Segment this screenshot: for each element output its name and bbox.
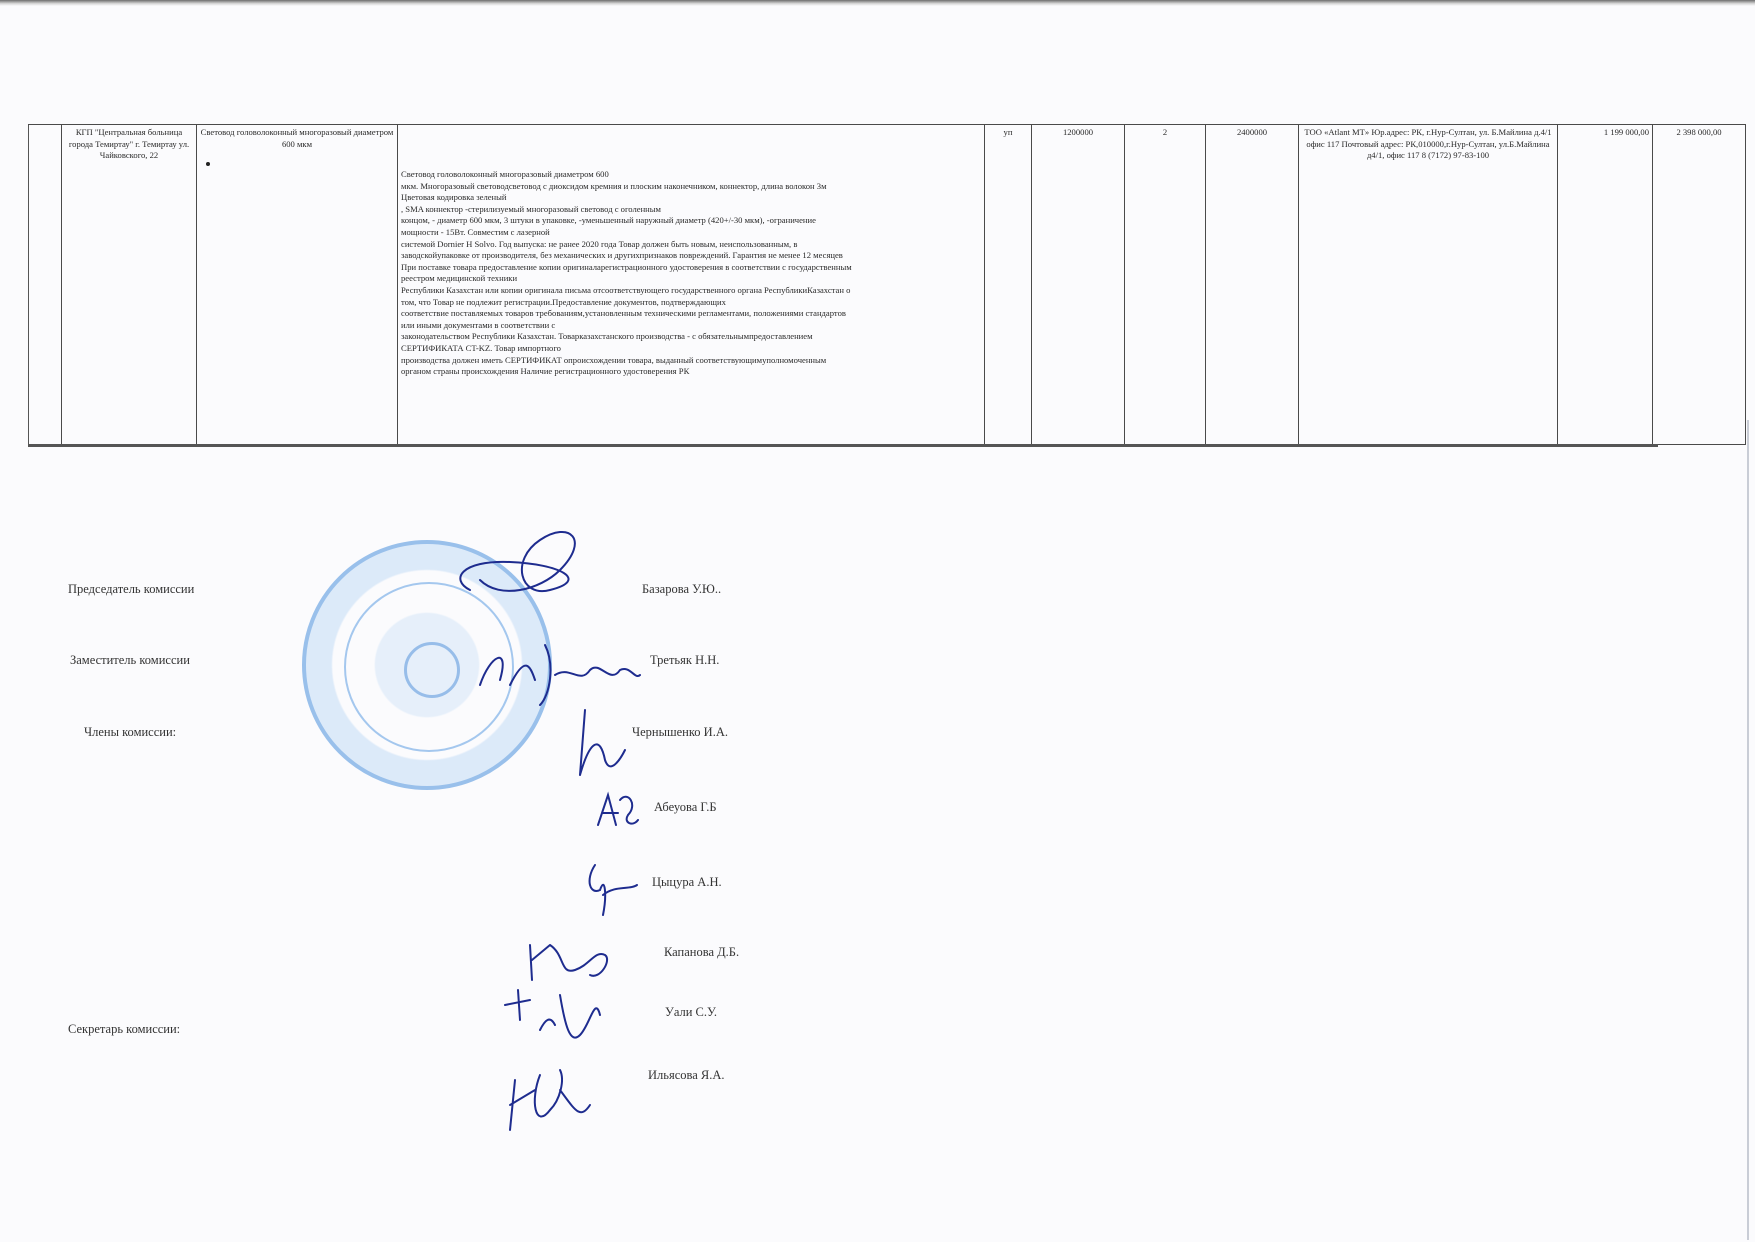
description-line: том, что Товар не подлежит регистрации.П… xyxy=(401,297,981,309)
member-name: Капанова Д.Б. xyxy=(664,945,739,960)
cell-index xyxy=(29,125,62,445)
description-line: Республики Казахстан или копии оригинала… xyxy=(401,285,981,297)
description-line: Световод головолоконный многоразовый диа… xyxy=(401,169,981,181)
cell-description: Световод головолоконный многоразовый диа… xyxy=(398,125,985,445)
table-bottom-rule xyxy=(28,444,1658,447)
chairman-name: Базарова У.Ю.. xyxy=(642,582,721,597)
table-row: КГП "Центральная больница города Темирта… xyxy=(29,125,1746,445)
member-name: Чернышенко И.А. xyxy=(632,725,728,740)
cell-quantity: 2 xyxy=(1125,125,1206,445)
scan-edge-right xyxy=(1747,420,1749,1240)
secretary-name: Ильясова Я.А. xyxy=(648,1068,725,1083)
signature-chairman xyxy=(440,520,640,620)
description-line: , SMA коннектор -стерилизуемый многоразо… xyxy=(401,204,981,216)
signature-member-3 xyxy=(575,855,645,925)
member-name: Абеуова Г.Б xyxy=(654,800,717,815)
description-line: При поставке товара предоставление копии… xyxy=(401,262,981,274)
protocol-table: КГП "Центральная больница города Темирта… xyxy=(28,124,1746,445)
secretary-label: Секретарь комиссии: xyxy=(68,1022,180,1037)
cell-sum: 2400000 xyxy=(1206,125,1299,445)
deputy-label: Заместитель комиссии xyxy=(70,653,190,668)
signature-member-2 xyxy=(588,785,648,840)
deputy-name: Третьяк Н.Н. xyxy=(650,653,719,668)
description-line: СЕРТИФИКАТА CT-KZ. Товар импортного xyxy=(401,343,981,355)
description-text: Световод головолоконный многоразовый диа… xyxy=(401,169,981,378)
members-label: Члены комиссии: xyxy=(84,725,176,740)
cell-item-name: Световод головолоконный многоразовый диа… xyxy=(197,125,398,445)
description-line: системой Dornier H Solvo. Год выпуска: н… xyxy=(401,239,981,251)
description-line: реестром медицинской техники xyxy=(401,273,981,285)
description-line: органом страны происхождения Наличие рег… xyxy=(401,366,981,378)
description-line: заводскойупаковке от производителя, без … xyxy=(401,250,981,262)
cell-price: 1200000 xyxy=(1032,125,1125,445)
signature-member-5 xyxy=(490,975,620,1055)
signature-member-1 xyxy=(570,700,630,790)
member-name: Уали С.У. xyxy=(665,1005,717,1020)
chairman-label: Председатель комиссии xyxy=(68,582,194,597)
item-name: Световод головолоконный многоразовый диа… xyxy=(200,127,394,150)
description-line: концом, - диаметр 600 мкм, 3 штуки в упа… xyxy=(401,215,981,227)
cell-customer: КГП "Центральная больница города Темирта… xyxy=(62,125,197,445)
signature-secretary xyxy=(500,1060,610,1140)
cell-supplier: ТОО «Atlant MT» Юр.адрес: РК, г.Нур-Султ… xyxy=(1299,125,1558,445)
cell-supplier-price: 1 199 000,00 xyxy=(1558,125,1653,445)
description-line: мкм. Многоразовый световодсветовод с дио… xyxy=(401,181,981,193)
stamp-emblem-icon xyxy=(404,642,460,698)
cell-supplier-sum: 2 398 000,00 xyxy=(1653,125,1746,445)
description-line: производства должен иметь СЕРТИФИКАТ опр… xyxy=(401,355,981,367)
bullet-mark xyxy=(206,162,210,166)
member-name: Цыцура А.Н. xyxy=(652,875,722,890)
description-line: законодательством Республики Казахстан. … xyxy=(401,331,981,343)
cell-unit: уп xyxy=(985,125,1032,445)
description-line: мощности - 15Вт. Совместим с лазерной xyxy=(401,227,981,239)
description-line: соответствие поставляемых товаров требов… xyxy=(401,308,981,320)
description-line: Цветовая кодировка зеленый xyxy=(401,192,981,204)
scan-edge xyxy=(0,0,1755,6)
description-line: или иными документами в соответствии с xyxy=(401,320,981,332)
